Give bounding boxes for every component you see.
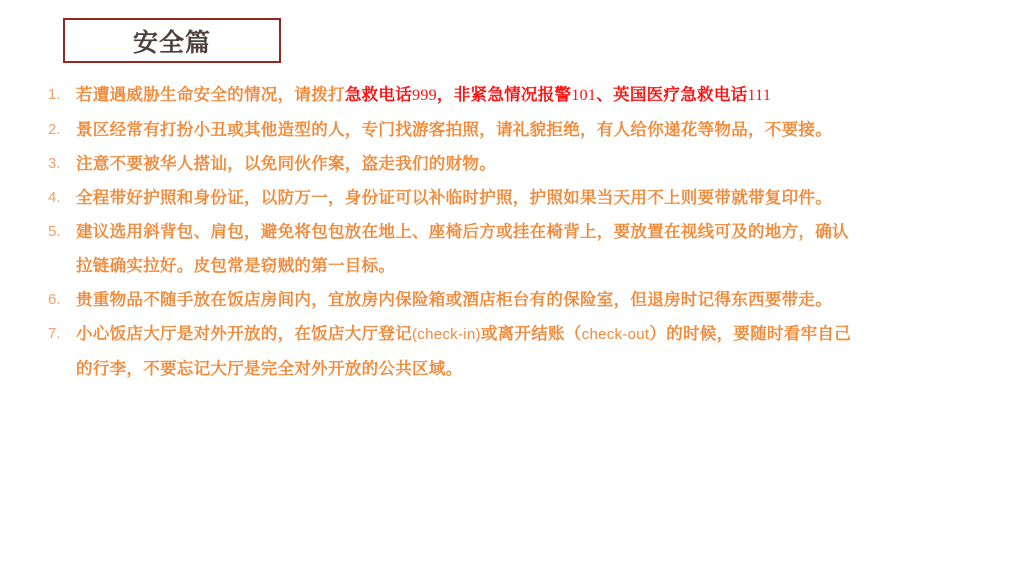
check-out-term: check-out (582, 326, 650, 343)
police-highlight: ，非紧急情况报警 (437, 85, 571, 104)
item-number: 1. (48, 78, 76, 112)
item-number: 6. (48, 283, 76, 317)
list-item: 4. 全程带好护照和身份证，以防万一，身份证可以补临时护照，护照如果当天用不上则… (48, 181, 988, 215)
emergency-number: 999 (412, 87, 437, 104)
list-item: 7. 小心饭店大厅是对外开放的，在饭店大厅登记(check-in)或离开结账（c… (48, 317, 988, 386)
list-item: 1. 若遭遇威胁生命安全的情况，请拨打急救电话999，非紧急情况报警101、英国… (48, 78, 988, 113)
section-title: 安全篇 (133, 23, 211, 59)
item-number: 3. (48, 147, 76, 181)
list-item: 5. 建议选用斜背包、肩包，避免将包包放在地上、座椅后方或挂在椅背上，要放置在视… (48, 215, 988, 283)
police-number: 101 (571, 87, 596, 104)
safety-tips-list: 1. 若遭遇威胁生命安全的情况，请拨打急救电话999，非紧急情况报警101、英国… (48, 78, 988, 386)
item-text: 小心饭店大厅是对外开放的，在饭店大厅登记(check-in)或离开结账（chec… (76, 317, 988, 386)
emergency-highlight: 急救电话 (345, 85, 412, 104)
item-text: 全程带好护照和身份证，以防万一，身份证可以补临时护照，护照如果当天用不上则要带就… (76, 181, 988, 215)
medical-number: 111 (747, 87, 771, 104)
item-number: 7. (48, 317, 76, 351)
item-text: 景区经常有打扮小丑或其他造型的人，专门找游客拍照，请礼貌拒绝，有人给你递花等物品… (76, 113, 988, 147)
item-text: 注意不要被华人搭讪，以免同伙作案，盗走我们的财物。 (76, 147, 988, 181)
item-text: 建议选用斜背包、肩包，避免将包包放在地上、座椅后方或挂在椅背上，要放置在视线可及… (76, 215, 988, 283)
item-number: 2. (48, 113, 76, 147)
check-in-term: (check-in) (412, 326, 481, 343)
list-item: 6. 贵重物品不随手放在饭店房间内，宜放房内保险箱或酒店柜台有的保险室，但退房时… (48, 283, 988, 317)
item-text: 贵重物品不随手放在饭店房间内，宜放房内保险箱或酒店柜台有的保险室，但退房时记得东… (76, 283, 988, 317)
list-item: 2. 景区经常有打扮小丑或其他造型的人，专门找游客拍照，请礼貌拒绝，有人给你递花… (48, 113, 988, 147)
list-item: 3. 注意不要被华人搭讪，以免同伙作案，盗走我们的财物。 (48, 147, 988, 181)
item-text: 若遭遇威胁生命安全的情况，请拨打急救电话999，非紧急情况报警101、英国医疗急… (76, 78, 988, 113)
medical-highlight: 、英国医疗急救电话 (596, 85, 747, 104)
item-number: 4. (48, 181, 76, 215)
section-title-box: 安全篇 (63, 18, 281, 63)
item-number: 5. (48, 215, 76, 249)
